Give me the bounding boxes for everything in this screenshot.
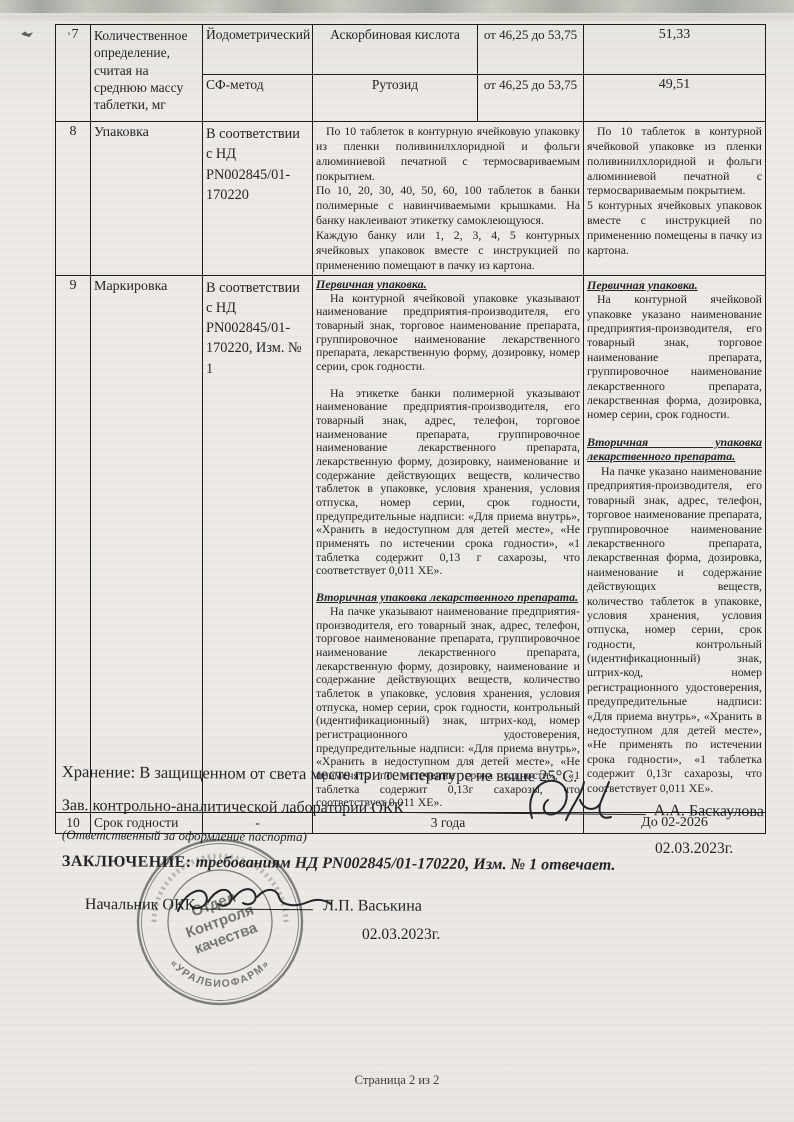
- row7-number-cell: ›7: [56, 25, 91, 122]
- subheading-secondary-packaging: Вторичная упаковка лекарственного препар…: [316, 590, 578, 604]
- lab-head-signature: [512, 772, 627, 827]
- marking-result-cell: Первичная упаковка. На контурной ячейков…: [584, 275, 766, 812]
- nd-reference-cell: В соответствии с НД PN002845/01-170220: [203, 122, 313, 276]
- paragraph: На контурной ячейковой упаковке указано …: [587, 292, 762, 422]
- quality-control-stamp: «УРАЛБИОФАРМ» Отдел Контроля качества: [125, 832, 315, 1012]
- ink-speck: [21, 30, 33, 37]
- paragraph: Каждую банку или 1, 2, 3, 4, 5 контурных…: [316, 228, 580, 273]
- row8-number-cell: 8: [56, 122, 91, 276]
- norm-cell: от 46,25 до 53,75: [478, 25, 584, 75]
- scanner-edge-artifact-2: [0, 13, 794, 21]
- table-row: 8 Упаковка В соответствии с НД PN002845/…: [56, 122, 766, 276]
- row9-parameter-cell: Маркировка: [91, 275, 203, 812]
- lab-head-label: Зав. контрольно-аналитической лаборатори…: [62, 797, 404, 818]
- qc-head-signature: [170, 877, 340, 922]
- subheading-secondary-packaging: Вторичная упаковка лекарственного препар…: [587, 435, 762, 464]
- row-number: 7: [72, 27, 79, 42]
- qc-specification-table: ›7 Количественное определение, считая на…: [55, 24, 766, 834]
- paragraph: На контурной ячейковой упаковке указываю…: [316, 292, 580, 374]
- packaging-spec-cell: По 10 таблеток в контурную ячейковую упа…: [313, 122, 584, 276]
- paragraph: На этикетке банки полимерной указывают н…: [316, 387, 580, 578]
- ink-mark: ›: [68, 28, 71, 38]
- subheading-primary-packaging: Первичная упаковка.: [587, 278, 698, 292]
- result-cell: 51,33: [584, 25, 766, 75]
- subheading-primary-packaging: Первичная упаковка.: [316, 277, 427, 291]
- norm-cell: от 46,25 до 53,75: [478, 75, 584, 122]
- table-row: ›7 Количественное определение, считая на…: [56, 25, 766, 75]
- page-number: Страница 2 из 2: [0, 1073, 794, 1088]
- substance-cell: Рутозид: [313, 75, 478, 122]
- paragraph: По 10 таблеток в контурной ячейковой упа…: [587, 124, 762, 198]
- row8-parameter-cell: Упаковка: [91, 122, 203, 276]
- paragraph: По 10, 20, 30, 40, 50, 60, 100 таблеток …: [316, 183, 580, 228]
- lab-head-name: А.А. Баскаулова: [654, 802, 764, 821]
- substance-cell: Аскорбиновая кислота: [313, 25, 478, 75]
- date-lab-head: 02.03.2023г.: [655, 840, 733, 858]
- row9-number-cell: 9: [56, 275, 91, 812]
- date-qc-head: 02.03.2023г.: [362, 926, 440, 944]
- nd-reference-cell: В соответствии с НД PN002845/01-170220, …: [203, 275, 313, 812]
- paragraph: На пачке указано наименование предприяти…: [587, 464, 762, 795]
- method-cell: Йодометрический: [203, 25, 313, 75]
- paragraph: 5 контурных ячейковых упаковок вместе с …: [587, 198, 762, 257]
- row7-parameter-cell: Количественное определение, считая на ср…: [91, 25, 203, 122]
- packaging-result-cell: По 10 таблеток в контурной ячейковой упа…: [584, 122, 766, 276]
- method-cell: СФ-метод: [203, 75, 313, 122]
- scanner-edge-artifact: [0, 0, 794, 13]
- paragraph: По 10 таблеток в контурную ячейковую упа…: [316, 124, 580, 183]
- table-row: 9 Маркировка В соответствии с НД PN00284…: [56, 275, 766, 812]
- result-cell: 49,51: [584, 75, 766, 122]
- marking-spec-cell: Первичная упаковка. На контурной ячейков…: [313, 275, 584, 812]
